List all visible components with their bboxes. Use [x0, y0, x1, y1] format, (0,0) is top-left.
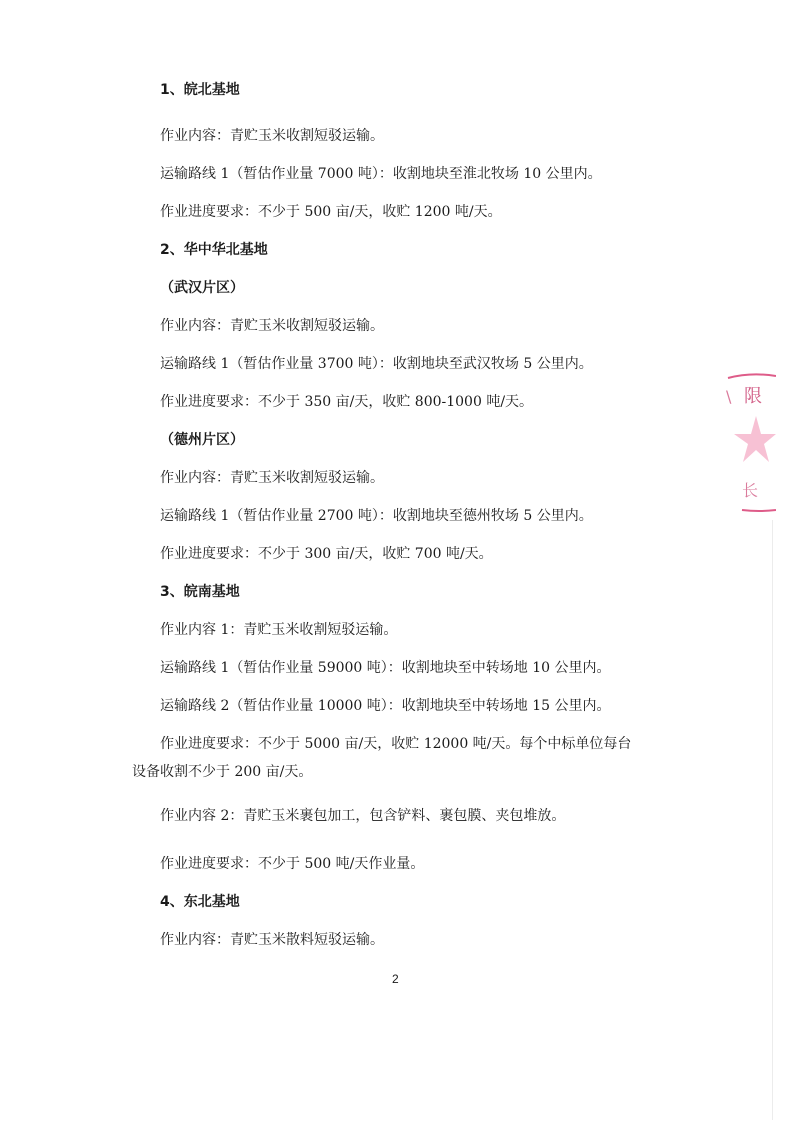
text-line: 作业进度要求：不少于 500 吨/天作业量。 [160, 854, 424, 874]
company-seal-stamp: 限 \ 长 [726, 368, 776, 518]
text-line: 运输路线 1（暂估作业量 3700 吨）：收割地块至武汉牧场 5 公里内。 [160, 354, 593, 374]
text-line: 作业进度要求：不少于 300 亩/天，收贮 700 吨/天。 [160, 544, 493, 564]
text-line: 作业进度要求：不少于 5000 亩/天，收贮 12000 吨/天。每个中标单位每… [160, 734, 631, 754]
subsection-heading-dezhou: （德州片区） [160, 430, 244, 450]
text-line: 运输路线 2（暂估作业量 10000 吨）：收割地块至中转场地 15 公里内。 [160, 696, 611, 716]
text-line: 运输路线 1（暂估作业量 59000 吨）：收割地块至中转场地 10 公里内。 [160, 658, 611, 678]
subsection-heading-wuhan: （武汉片区） [160, 278, 244, 298]
text-line: 作业内容：青贮玉米收割短驳运输。 [160, 126, 384, 146]
text-line: 作业内容：青贮玉米收割短驳运输。 [160, 316, 384, 336]
section-heading-1: 1、皖北基地 [160, 80, 240, 100]
text-line: 作业内容：青贮玉米收割短驳运输。 [160, 468, 384, 488]
page-edge-divider [772, 520, 773, 1120]
svg-text:\: \ [726, 387, 732, 406]
section-heading-3: 3、皖南基地 [160, 582, 240, 602]
text-line: 作业进度要求：不少于 500 亩/天，收贮 1200 吨/天。 [160, 202, 502, 222]
section-heading-4: 4、东北基地 [160, 892, 240, 912]
text-line: 运输路线 1（暂估作业量 7000 吨）：收割地块至淮北牧场 10 公里内。 [160, 164, 602, 184]
text-line: 作业进度要求：不少于 350 亩/天，收贮 800-1000 吨/天。 [160, 392, 533, 412]
text-line: 作业内容 1：青贮玉米收割短驳运输。 [160, 620, 397, 640]
text-line: 作业内容 2：青贮玉米裹包加工，包含铲料、裹包膜、夹包堆放。 [160, 806, 565, 826]
text-line: 作业内容：青贮玉米散料短驳运输。 [160, 930, 384, 950]
seal-char-xian: 限 [744, 386, 762, 407]
page-number: 2 [392, 972, 399, 986]
seal-char-zhang: 长 [742, 481, 758, 500]
text-line: 运输路线 1（暂估作业量 2700 吨）：收割地块至德州牧场 5 公里内。 [160, 506, 593, 526]
section-heading-2: 2、华中华北基地 [160, 240, 268, 260]
text-line: 设备收割不少于 200 亩/天。 [132, 762, 312, 782]
